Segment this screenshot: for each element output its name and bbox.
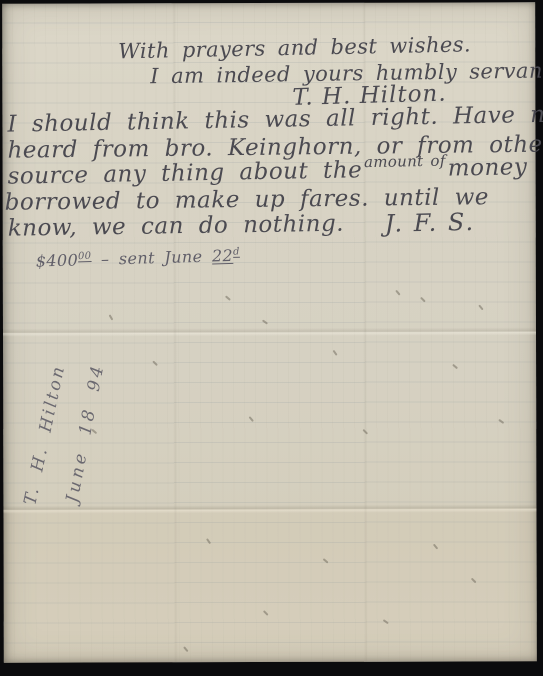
vertical-note-date: June 18 94 xyxy=(62,361,108,504)
memo-cents: 00 xyxy=(78,251,92,262)
memo-day-suffix: d xyxy=(233,246,240,257)
letter-page: With prayers and best wishes. I am indee… xyxy=(2,2,537,662)
paper-ruling xyxy=(2,2,537,662)
amount-memo: $40000 – sent June 22d xyxy=(36,246,241,271)
scan-view: { "document_kind": "scanned handwritten … xyxy=(0,0,543,676)
memo-dollars: $400 xyxy=(36,250,79,270)
fold-crease-upper xyxy=(3,327,536,336)
postscript-line-5: know, we can do nothing. xyxy=(8,211,345,242)
ink-specks xyxy=(2,2,535,3)
memo-middle: – sent June xyxy=(101,247,212,269)
memo-day: 22 xyxy=(212,246,234,266)
fold-crease-lower xyxy=(3,504,536,513)
closing-line-1: With prayers and best wishes. xyxy=(118,32,471,63)
postscript-initials: J. F. S. xyxy=(384,208,475,238)
vertical-note-name: T. H. Hilton xyxy=(20,363,69,507)
fold-crease-vertical-left xyxy=(172,3,178,662)
postscript-line-3-before: source any thing about the xyxy=(7,157,362,189)
lower-page-shading xyxy=(3,508,536,662)
postscript-line-3-after: money xyxy=(448,154,528,181)
interlinear-insertion: amount of xyxy=(364,152,446,171)
